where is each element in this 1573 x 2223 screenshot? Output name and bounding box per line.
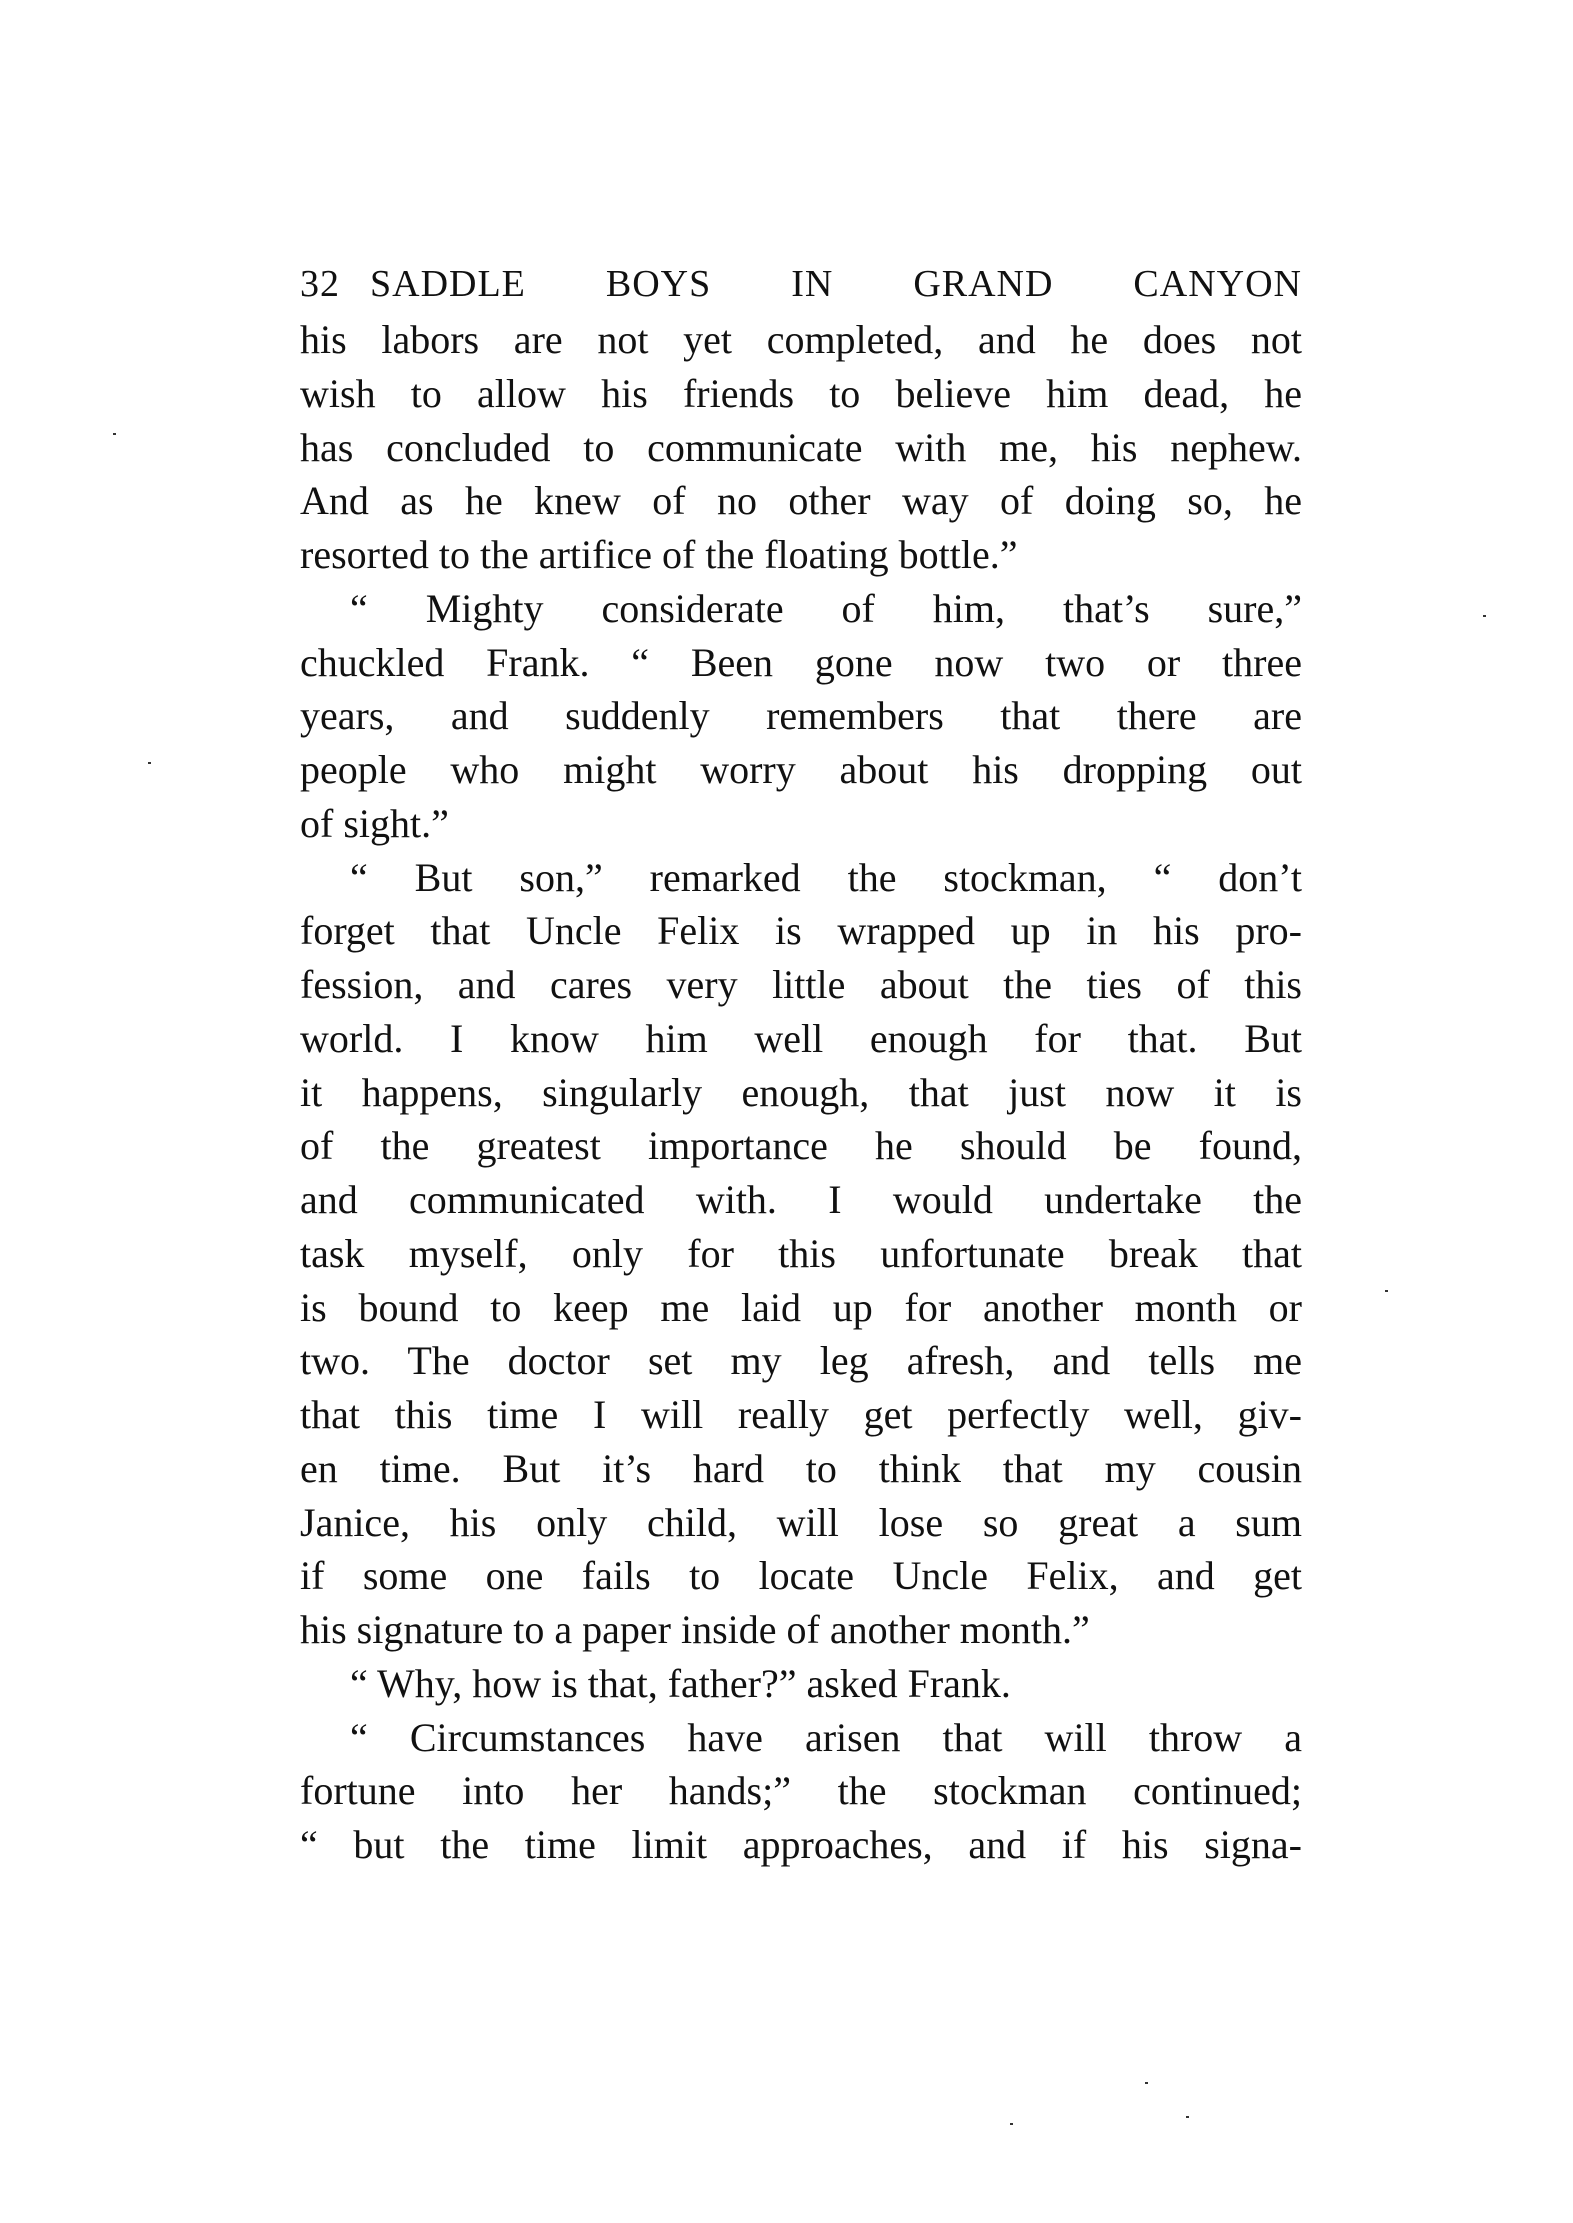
text-line: chuckled Frank. “ Been gone now two or t… [300,636,1302,690]
text-line: and communicated with. I would undertake… [300,1173,1302,1227]
text-line: Janice, his only child, will lose so gre… [300,1496,1302,1550]
scan-speck [1186,2116,1189,2118]
scan-speck [148,762,151,764]
text-line: “ Mighty considerate of him, that’s sure… [300,582,1302,636]
text-line: his labors are not yet completed, and he… [300,313,1302,367]
scan-speck [1010,2123,1013,2125]
text-line: that this time I will really get perfect… [300,1388,1302,1442]
text-line: it happens, singularly enough, that just… [300,1066,1302,1120]
text-line: of the greatest importance he should be … [300,1119,1302,1173]
text-line: of sight.” [300,797,1302,851]
text-line: “ But son,” remarked the stockman, “ don… [300,851,1302,905]
text-line: “ Why, how is that, father?” asked Frank… [300,1657,1302,1711]
text-line: “ Circumstances have arisen that will th… [300,1711,1302,1765]
text-line: world. I know him well enough for that. … [300,1012,1302,1066]
text-line: years, and suddenly remembers that there… [300,689,1302,743]
text-line: “ but the time limit approaches, and if … [300,1818,1302,1872]
running-title: SADDLE BOYS IN GRAND CANYON [370,262,1302,306]
body-text: his labors are not yet completed, and he… [300,313,1302,1872]
text-line: And as he knew of no other way of doing … [300,474,1302,528]
scan-speck [1385,1290,1388,1292]
text-line: forget that Uncle Felix is wrapped up in… [300,904,1302,958]
text-line: en time. But it’s hard to think that my … [300,1442,1302,1496]
text-line: has concluded to communicate with me, hi… [300,421,1302,475]
text-line: his signature to a paper inside of anoth… [300,1603,1302,1657]
text-line: fession, and cares very little about the… [300,958,1302,1012]
text-line: resorted to the artifice of the floating… [300,528,1302,582]
text-line: two. The doctor set my leg afresh, and t… [300,1334,1302,1388]
scan-speck [113,433,116,435]
text-line: task myself, only for this unfortunate b… [300,1227,1302,1281]
scan-speck [1145,2082,1148,2084]
text-line: wish to allow his friends to believe him… [300,367,1302,421]
text-line: is bound to keep me laid up for another … [300,1281,1302,1335]
running-header: 32 SADDLE BOYS IN GRAND CANYON [300,262,1302,306]
text-line: fortune into her hands;” the stockman co… [300,1764,1302,1818]
scan-speck [1483,615,1486,617]
text-line: people who might worry about his droppin… [300,743,1302,797]
text-line: if some one fails to locate Uncle Felix,… [300,1549,1302,1603]
page-number: 32 [300,262,370,306]
